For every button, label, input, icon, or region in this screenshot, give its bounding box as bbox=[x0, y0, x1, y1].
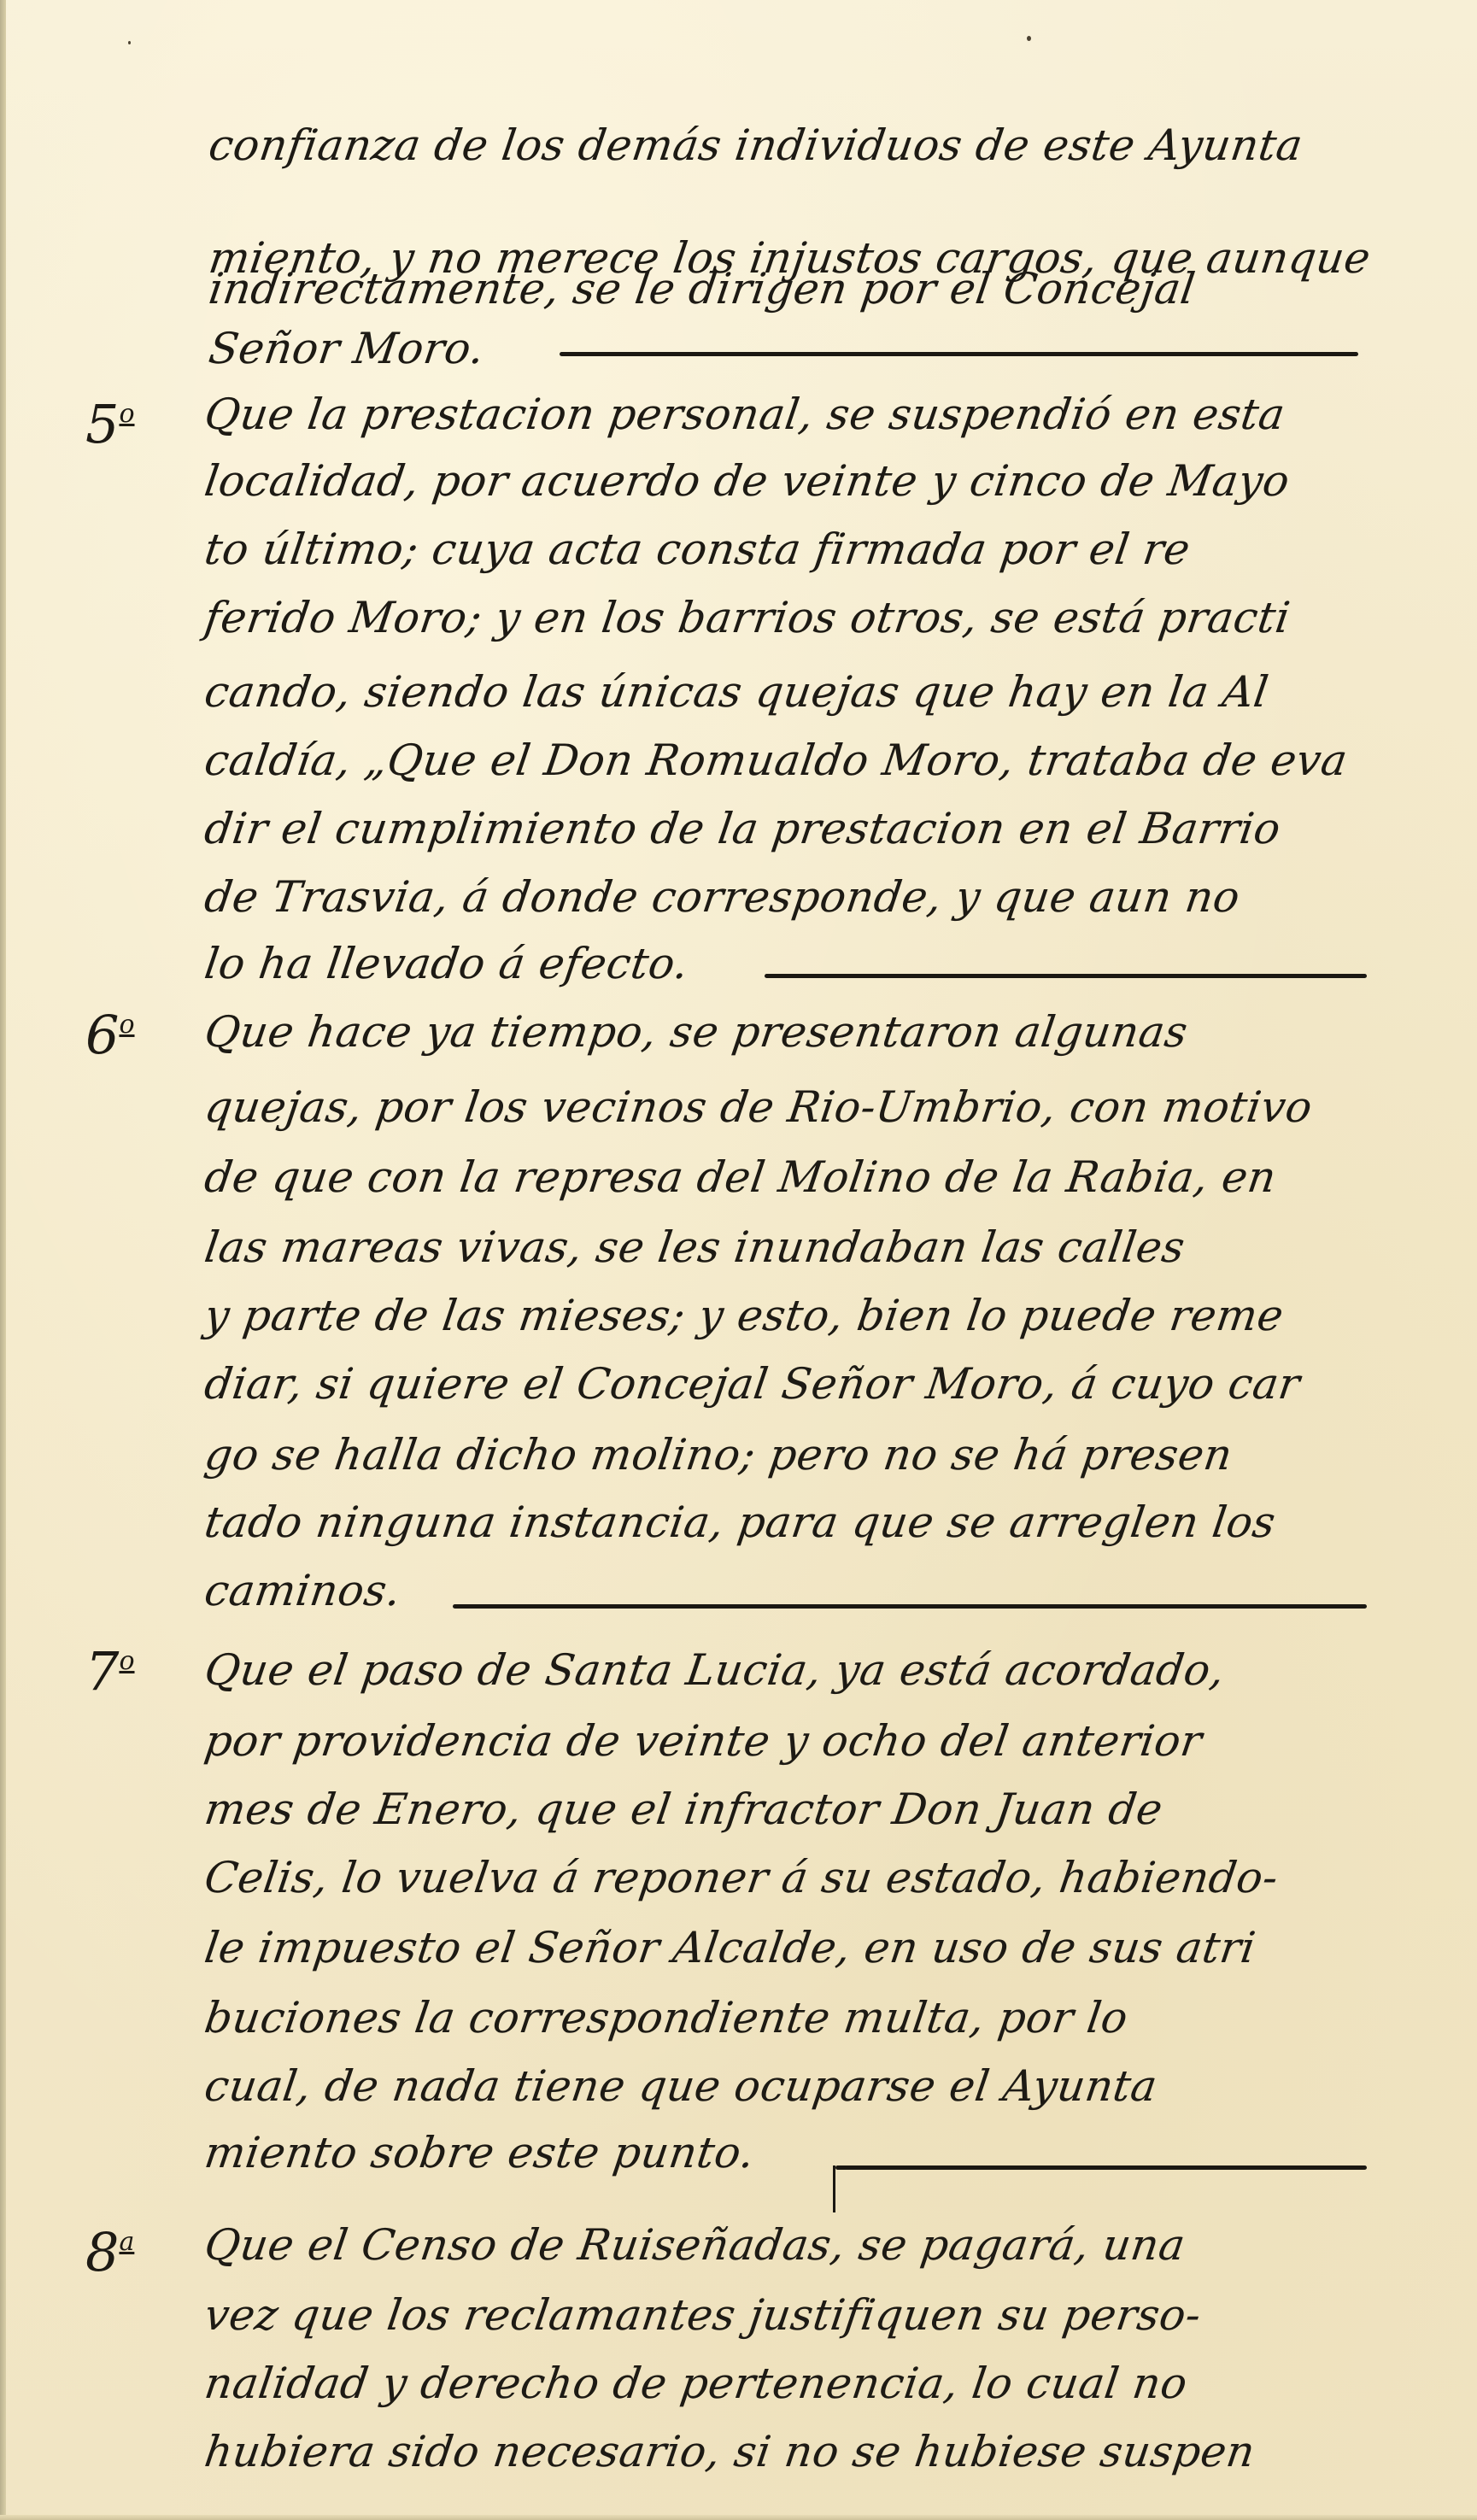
item-7-line: Celis, lo vuelva á reponer á su estado, … bbox=[202, 1852, 1421, 1903]
section-end-rule bbox=[453, 1604, 1367, 1609]
intro-line: indirectamente, se le dirigen por el Con… bbox=[206, 263, 1426, 314]
intro-line: Señor Moro. bbox=[206, 323, 1426, 374]
item-7-line: por providencia de veinte y ocho del ant… bbox=[202, 1715, 1421, 1767]
item-6-line: go se halla dicho molino; pero no se há … bbox=[202, 1429, 1421, 1480]
section-end-rule bbox=[765, 974, 1367, 978]
item-7-line: miento sobre este punto. bbox=[202, 2127, 1421, 2178]
page-left-edge bbox=[0, 0, 6, 2520]
item-5-line: to último; cuya acta consta firmada por … bbox=[202, 524, 1421, 575]
item-5-line: Que la prestacion personal, se suspendió… bbox=[202, 389, 1421, 440]
item-5-line: localidad, por acuerdo de veinte y cinco… bbox=[202, 455, 1421, 507]
item-7-line: Que el paso de Santa Lucia, ya está acor… bbox=[202, 1644, 1421, 1696]
item-6-line: Que hace ya tiempo, se presentaron algun… bbox=[202, 1006, 1421, 1058]
item-6-line: de que con la represa del Molino de la R… bbox=[202, 1152, 1421, 1203]
item-numeral-8: 8a bbox=[85, 2212, 134, 2283]
item-8-line: Que el Censo de Ruiseñadas, se pagará, u… bbox=[202, 2219, 1421, 2271]
section-end-tick bbox=[833, 2165, 835, 2212]
item-8-line: nalidad y derecho de pertenencia, lo cua… bbox=[202, 2358, 1421, 2409]
item-7-line: cual, de nada tiene que ocuparse el Ayun… bbox=[202, 2060, 1421, 2112]
item-5-line: caldía, „Que el Don Romualdo Moro, trata… bbox=[202, 735, 1421, 786]
ink-speck bbox=[128, 41, 131, 44]
item-8-line: vez que los reclamantes justifiquen su p… bbox=[202, 2289, 1421, 2341]
item-6-line: caminos. bbox=[202, 1565, 1421, 1616]
section-end-rule bbox=[560, 352, 1358, 356]
item-5-line: lo ha llevado á efecto. bbox=[202, 938, 1421, 989]
item-5-line: dir el cumplimiento de la prestacion en … bbox=[202, 803, 1421, 854]
item-numeral-6: 6o bbox=[85, 995, 135, 1065]
item-5-line: cando, siendo las únicas quejas que hay … bbox=[202, 666, 1421, 718]
item-8-line: hubiera sido necesario, si no se hubiese… bbox=[202, 2426, 1421, 2477]
item-7-line: le impuesto el Señor Alcalde, en uso de … bbox=[202, 1922, 1421, 1973]
manuscript-page: confianza de los demás individuos de est… bbox=[0, 0, 1477, 2520]
page-bottom-edge bbox=[0, 2515, 1477, 2520]
section-end-rule bbox=[835, 2165, 1367, 2170]
intro-line: confianza de los demás individuos de est… bbox=[206, 120, 1426, 171]
item-6-line: diar, si quiere el Concejal Señor Moro, … bbox=[202, 1358, 1421, 1409]
ink-speck bbox=[1027, 36, 1031, 41]
item-5-line: de Trasvia, á donde corresponde, y que a… bbox=[202, 871, 1421, 923]
item-numeral-5: 5o bbox=[85, 384, 135, 454]
item-6-line: y parte de las mieses; y esto, bien lo p… bbox=[202, 1290, 1421, 1341]
item-5-line: ferido Moro; y en los barrios otros, se … bbox=[202, 592, 1421, 643]
item-6-line: tado ninguna instancia, para que se arre… bbox=[202, 1497, 1421, 1548]
item-6-line: quejas, por los vecinos de Rio-Umbrio, c… bbox=[202, 1081, 1421, 1133]
item-numeral-7: 7o bbox=[85, 1632, 135, 1702]
item-7-line: buciones la correspondiente multa, por l… bbox=[202, 1992, 1421, 2043]
item-6-line: las mareas vivas, se les inundaban las c… bbox=[202, 1222, 1421, 1273]
item-7-line: mes de Enero, que el infractor Don Juan … bbox=[202, 1784, 1421, 1835]
